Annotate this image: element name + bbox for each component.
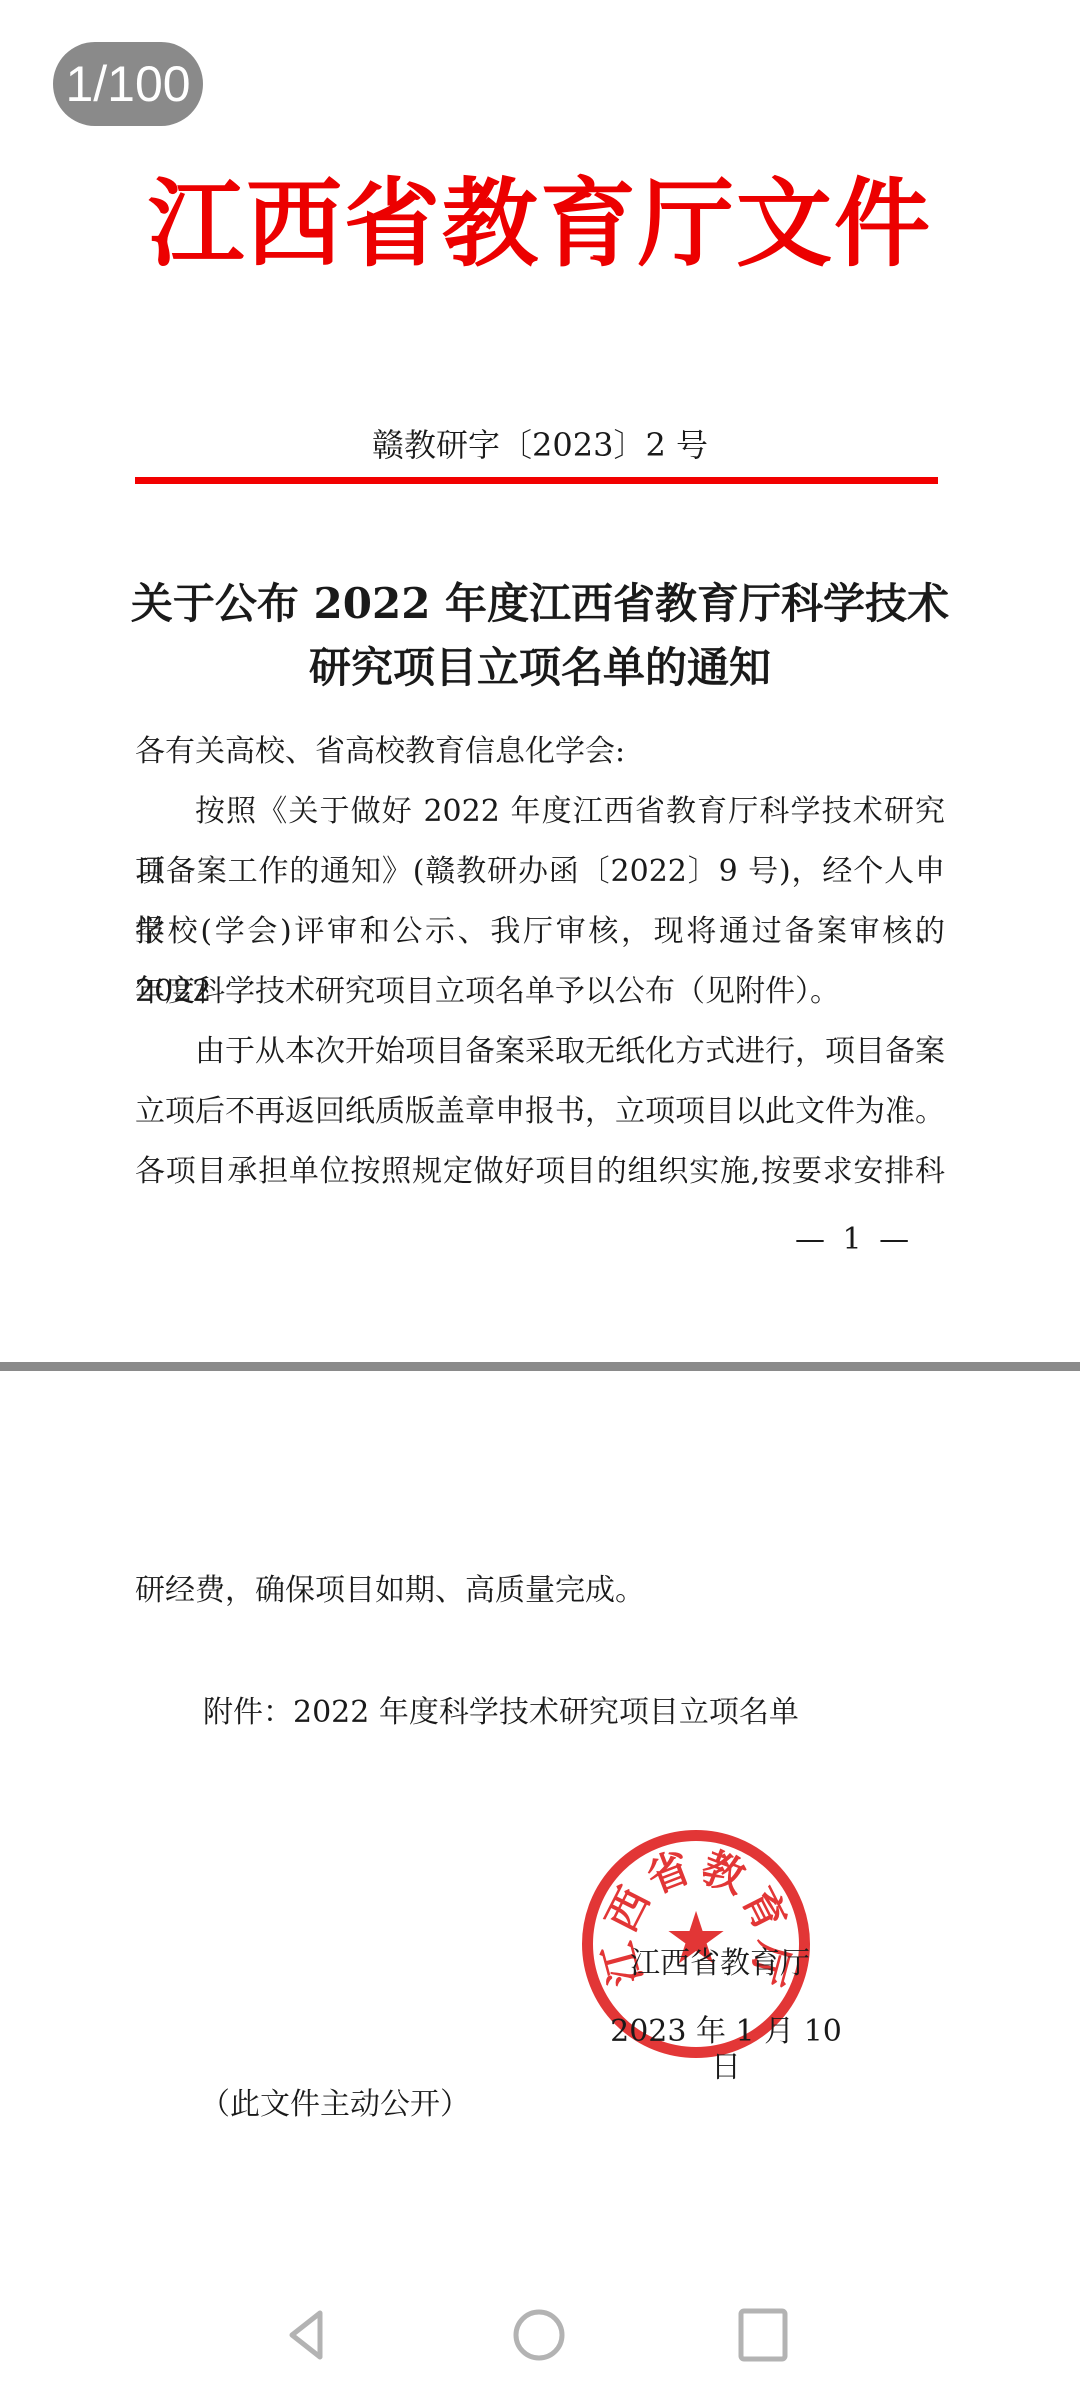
issue-date: 2023 年 1 月 10 日 [596, 2014, 856, 2086]
letterhead-title: 江西省教育厅文件 [0, 176, 1080, 272]
document-number: 赣教研字〔2023〕2 号 [0, 426, 1080, 464]
nav-home-button[interactable] [509, 2305, 569, 2365]
salutation-line: 各有关高校、省高校教育信息化学会: [135, 722, 945, 782]
nav-recents-button[interactable] [733, 2305, 793, 2365]
recents-square-icon [733, 2305, 793, 2365]
issuer-name: 江西省教育厅 [620, 1946, 820, 1982]
attachment-line: 附件：2022 年度科学技术研究项目立项名单 [203, 1694, 799, 1732]
continuation-line: 研经费，确保项目如期、高质量完成。 [135, 1572, 645, 1610]
page-number-footer: — 1 — [795, 1222, 913, 1258]
red-rule-divider [135, 477, 938, 484]
body-line: 年度科学技术研究项目立项名单予以公布（见附件）。 [135, 962, 945, 1022]
notice-title-line-2: 研究项目立项名单的通知 [0, 636, 1080, 700]
body-line: 由于从本次开始项目备案采取无纸化方式进行，项目备案 [135, 1022, 945, 1082]
body-line: 立项后不再返回纸质版盖章申报书，立项项目以此文件为准。 [135, 1082, 945, 1142]
page-gap-separator [0, 1362, 1080, 1371]
home-circle-icon [509, 2305, 569, 2365]
page-indicator-badge: 1/100 [53, 42, 203, 126]
notice-title-line-1: 关于公布 2022 年度江西省教育厅科学技术 [0, 572, 1080, 636]
back-triangle-icon [279, 2305, 339, 2365]
body-line: 各项目承担单位按照规定做好项目的组织实施,按要求安排科 [135, 1142, 945, 1202]
document-viewer[interactable]: 1/100 江西省教育厅文件 赣教研字〔2023〕2 号 关于公布 2022 年… [0, 0, 1080, 2280]
page-indicator-text: 1/100 [65, 55, 190, 113]
nav-back-button[interactable] [279, 2305, 339, 2365]
disclosure-note: （此文件主动公开） [200, 2086, 470, 2124]
android-navigation-bar [0, 2280, 1080, 2400]
